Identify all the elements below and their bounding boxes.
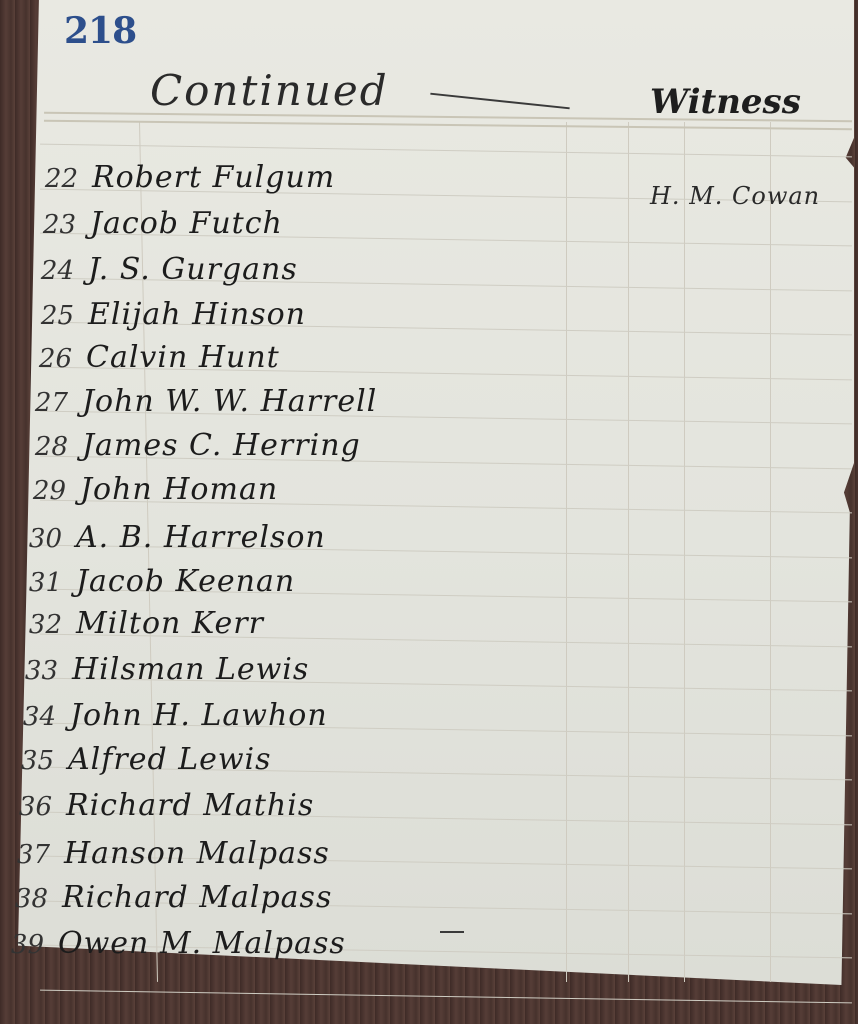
entry-name: J. S. Gurgans — [88, 252, 298, 287]
page-heading: Continued — [150, 66, 389, 115]
entry-name: Richard Malpass — [62, 880, 332, 915]
list-item: 37Hanson Malpass — [0, 836, 330, 876]
entry-number: 22 — [8, 164, 92, 194]
entry-name: Milton Kerr — [76, 606, 264, 641]
list-item: 30A. B. Harrelson — [0, 520, 326, 560]
list-item: 39Owen M. Malpass — [0, 926, 346, 966]
entry-name: Hanson Malpass — [64, 836, 330, 871]
entry-name: James C. Herring — [82, 428, 361, 463]
list-item: 31Jacob Keenan — [0, 564, 295, 604]
entry-name: A. B. Harrelson — [76, 520, 326, 555]
list-item: 32Milton Kerr — [0, 606, 264, 646]
entry-number: 26 — [2, 344, 86, 374]
list-item: 35Alfred Lewis — [0, 742, 272, 782]
list-item: 38Richard Malpass — [0, 880, 332, 920]
entry-name: John Homan — [80, 472, 278, 507]
entry-number: 38 — [0, 884, 62, 914]
list-item: 33Hilsman Lewis — [0, 652, 309, 692]
entry-number: 33 — [0, 656, 72, 686]
entry-number: 28 — [0, 432, 82, 462]
entry-number: 24 — [4, 256, 88, 286]
entry-name: Calvin Hunt — [86, 340, 280, 375]
entry-name: Owen M. Malpass — [58, 926, 346, 961]
entry-number: 27 — [0, 388, 82, 418]
witness-name: H. M. Cowan — [650, 182, 820, 210]
entry-number: 23 — [6, 210, 90, 240]
list-item: 34John H. Lawhon — [0, 698, 328, 738]
entry-name: Hilsman Lewis — [72, 652, 309, 687]
entry-number: 29 — [0, 476, 80, 506]
entry-number: 37 — [0, 840, 64, 870]
entry-name: Jacob Futch — [90, 206, 283, 241]
entry-name: Robert Fulgum — [92, 160, 335, 195]
entry-number: 30 — [0, 524, 76, 554]
ruling-column-line — [770, 122, 771, 982]
list-item: 27John W. W. Harrell — [0, 384, 377, 424]
entry-number: 35 — [0, 746, 68, 776]
list-item: 25Elijah Hinson — [4, 297, 306, 337]
entry-number: 34 — [0, 702, 70, 732]
list-item: 22Robert Fulgum — [8, 160, 335, 200]
trailing-dash — [440, 931, 464, 933]
entry-number: 32 — [0, 610, 76, 640]
entry-name: John W. W. Harrell — [82, 384, 377, 419]
witness-column-heading: Witness — [650, 82, 801, 122]
entry-number: 31 — [0, 568, 76, 598]
entry-name: Alfred Lewis — [68, 742, 272, 777]
list-item: 28James C. Herring — [0, 428, 361, 468]
entry-name: John H. Lawhon — [70, 698, 328, 733]
list-item: 36Richard Mathis — [0, 788, 314, 828]
entry-number: 39 — [0, 930, 58, 960]
ruling-column-line — [628, 122, 629, 982]
list-item: 23Jacob Futch — [6, 206, 283, 246]
entry-name: Richard Mathis — [66, 788, 314, 823]
list-item: 26Calvin Hunt — [2, 340, 280, 380]
entry-number: 25 — [4, 301, 88, 331]
page-number: 218 — [64, 10, 136, 52]
list-item: 29John Homan — [0, 472, 278, 512]
entry-name: Elijah Hinson — [88, 297, 306, 332]
entry-number: 36 — [0, 792, 66, 822]
list-item: 24J. S. Gurgans — [4, 252, 298, 292]
ruling-column-line — [684, 122, 685, 982]
entry-name: Jacob Keenan — [76, 564, 295, 599]
